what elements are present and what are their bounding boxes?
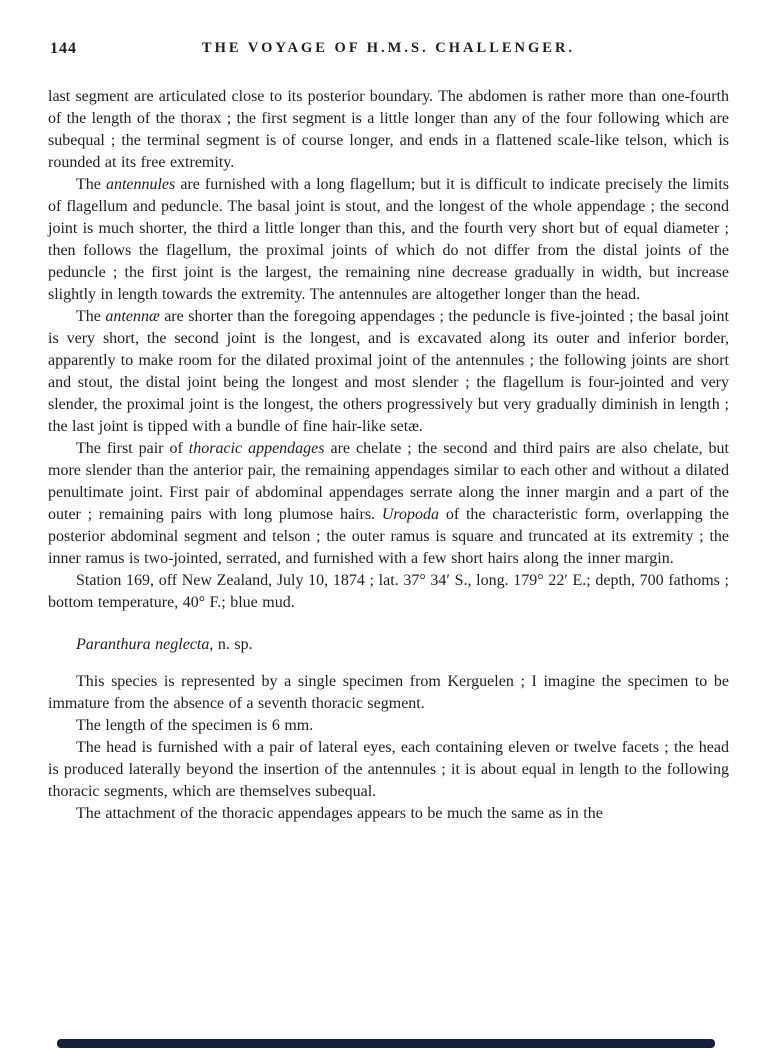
text-block: last segment are articulated close to it… [48,86,729,825]
paragraph: The first pair of thoracic appendages ar… [48,438,729,570]
italic-text: Paranthura neglecta [76,636,209,653]
italic-text: antennules [106,176,175,193]
text-run: , n. sp. [209,636,252,653]
scan-edge-artifact [57,1039,715,1048]
text-run: The [76,176,106,193]
paragraph: This species is represented by a single … [48,671,729,715]
paragraph: last segment are articulated close to it… [48,86,729,174]
italic-text: antennæ [105,308,159,325]
text-run: This species is represented by a single … [48,673,729,712]
text-run: are furnished with a long flagellum; but… [48,176,729,303]
paragraph: The length of the specimen is 6 mm. [48,715,729,737]
text-run: The [76,308,105,325]
paragraph: The head is furnished with a pair of lat… [48,737,729,803]
text-run: Station 169, off New Zealand, July 10, 1… [48,572,729,611]
paragraph: The antennules are furnished with a long… [48,174,729,306]
text-run: The attachment of the thoracic appendage… [76,805,603,822]
running-title: THE VOYAGE OF H.M.S. CHALLENGER. [48,40,729,57]
species-heading: Paranthura neglecta, n. sp. [48,634,729,656]
italic-text: Uropoda [382,506,439,523]
paragraph: The attachment of the thoracic appendage… [48,803,729,825]
text-run: are shorter than the foregoing appendage… [48,308,729,435]
page-header: 144 THE VOYAGE OF H.M.S. CHALLENGER. [48,40,729,60]
text-run: last segment are articulated close to it… [48,88,729,171]
page-number: 144 [50,40,77,58]
text-run: The head is furnished with a pair of lat… [48,739,729,800]
text-run: The first pair of [76,440,189,457]
italic-text: thoracic appendages [189,440,325,457]
paragraph: Station 169, off New Zealand, July 10, 1… [48,570,729,614]
text-run: The length of the specimen is 6 mm. [76,717,313,734]
paragraph: The antennæ are shorter than the foregoi… [48,306,729,438]
book-page: 144 THE VOYAGE OF H.M.S. CHALLENGER. las… [48,40,729,825]
